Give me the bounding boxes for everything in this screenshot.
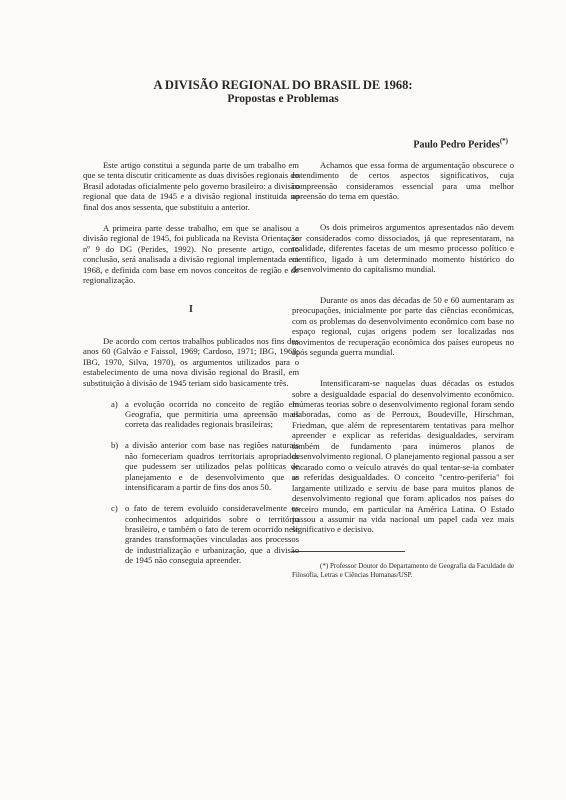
left-column: Este artigo constitui a segunda parte de…: [83, 160, 299, 576]
list-item-text: a evolução ocorrida no conceito de regiã…: [125, 399, 299, 430]
section-heading: I: [83, 305, 299, 315]
author-byline: Paulo Pedro Perides(*): [413, 137, 508, 150]
title-subtitle: Propostas e Problemas: [0, 92, 566, 106]
paragraph: Este artigo constitui a segunda parte de…: [83, 160, 299, 212]
list-item-label: c): [111, 503, 125, 566]
author-name: Paulo Pedro Perides: [413, 139, 499, 150]
list-item-text: a divisão anterior com base nas regiões …: [125, 440, 299, 492]
list-item-text: o fato de terem evoluido consideravelmen…: [125, 503, 299, 566]
list-item: c) o fato de terem evoluido consideravel…: [111, 503, 299, 566]
paragraph: Durante os anos das décadas de 50 e 60 a…: [292, 295, 514, 358]
footnote: (*) Professor Doutor do Departamento de …: [292, 562, 514, 580]
list-item-label: a): [111, 399, 125, 430]
list-item: a) a evolução ocorrida no conceito de re…: [111, 399, 299, 430]
paragraph: Achamos que essa forma de argumentação o…: [292, 160, 514, 202]
paragraph: A primeira parte desse trabalho, em que …: [83, 223, 299, 286]
paragraph: Intensificaram-se naquelas duas décadas …: [292, 378, 514, 535]
paragraph: Os dois primeiros argumentos apresentado…: [292, 222, 514, 274]
footnote-divider: [292, 551, 405, 552]
list-item-label: b): [111, 440, 125, 492]
right-column: Achamos que essa forma de argumentação o…: [292, 160, 514, 580]
article-title: A DIVISÃO REGIONAL DO BRASIL DE 1968: Pr…: [0, 78, 566, 106]
paragraph: De acordo com certos trabalhos publicado…: [83, 336, 299, 388]
author-footnote-mark: (*): [500, 137, 508, 145]
title-main: A DIVISÃO REGIONAL DO BRASIL DE 1968:: [0, 78, 566, 92]
list-item: b) a divisão anterior com base nas regiõ…: [111, 440, 299, 492]
